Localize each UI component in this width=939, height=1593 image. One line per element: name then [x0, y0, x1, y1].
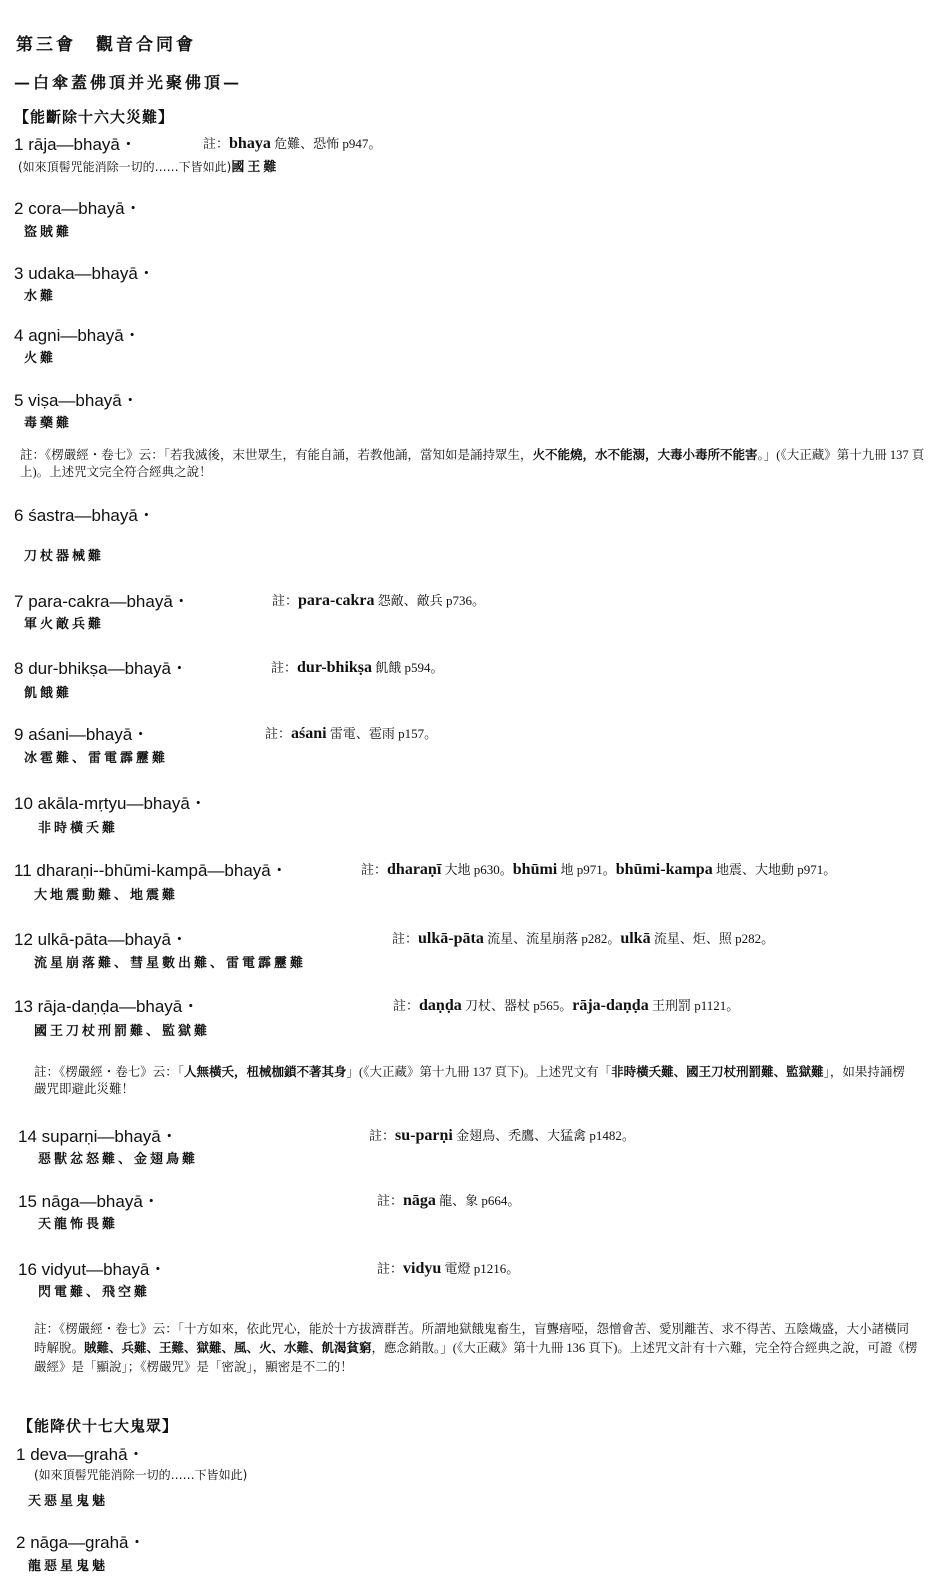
item-12-sanskrit: 12 ulkā-pāta—bhayā・ [14, 925, 188, 950]
item-16-note: 註：vidyu 電燈 p1216。 [377, 1258, 519, 1278]
item-10-sanskrit: 10 akāla-mṛtyu—bhayā・ [14, 789, 207, 814]
item-1-chinese-line: (如來頂髻咒能消除一切的……下皆如此)國王難 [18, 156, 279, 175]
item-9-sanskrit: 9 aśani—bhayā・ [14, 720, 149, 745]
item-4-sanskrit: 4 agni—bhayā・ [14, 321, 141, 346]
item-15-sanskrit: 15 nāga—bhayā・ [18, 1187, 160, 1212]
item-6-sanskrit: 6 śastra—bhayā・ [14, 501, 155, 526]
ghost-item-1-chinese: 天惡星鬼魅 [28, 1490, 108, 1509]
item-8-note: 註：dur-bhikṣa 飢餓 p594。 [271, 657, 444, 677]
item-9-note: 註：aśani 雷電、雹雨 p157。 [265, 723, 437, 743]
page-subtitle: —白傘蓋佛頂并光聚佛頂— [14, 70, 242, 93]
item-9-chinese: 冰雹難、雷電霹靂難 [24, 747, 168, 766]
section-heading-disasters: 【能斷除十六大災難】 [14, 106, 174, 127]
ghost-item-2-chinese: 龍惡星鬼魅 [28, 1555, 108, 1574]
item-4-chinese: 火難 [24, 347, 56, 366]
item-16-chinese: 閃電難、飛空難 [38, 1281, 150, 1300]
item-15-note: 註：nāga 龍、象 p664。 [377, 1190, 520, 1210]
item-2-sanskrit: 2 cora—bhayā・ [14, 194, 142, 219]
item-13-sanskrit: 13 rāja-daṇḍa—bhayā・ [14, 992, 199, 1017]
item-10-chinese: 非時橫夭難 [38, 817, 118, 836]
item-5-sanskrit: 5 viṣa—bhayā・ [14, 386, 139, 411]
item-14-chinese: 惡獸忿怒難、金翅鳥難 [38, 1148, 198, 1167]
item-6-chinese: 刀杖器械難 [24, 545, 104, 564]
item-14-sanskrit: 14 suparṇi—bhayā・ [18, 1122, 178, 1147]
item-1-note: 註：bhaya 危難、恐怖 p947。 [203, 133, 381, 153]
item-5-chinese: 毒藥難 [24, 412, 72, 431]
item-11-sanskrit: 11 dharaṇi--bhūmi-kampā—bhayā・ [14, 856, 288, 881]
page-title: 第三會 觀音合同會 [16, 30, 196, 55]
item-11-chinese: 大地震動難、地震難 [34, 884, 178, 903]
item-1-sanskrit: 1 rāja—bhayā・ [14, 130, 137, 155]
commentary-fire-water-poison: 註：《楞嚴經・卷七》云：「若我滅後，末世眾生，有能自誦，若教他誦，當知如是誦持眾… [20, 447, 925, 481]
item-7-chinese: 軍火敵兵難 [24, 613, 104, 632]
item-2-chinese: 盜賊難 [24, 221, 72, 240]
item-8-chinese: 飢餓難 [24, 682, 72, 701]
section-heading-ghosts: 【能降伏十七大鬼眾】 [18, 1415, 178, 1436]
commentary-ten-directions: 註：《楞嚴經・卷七》云：「十方如來，依此咒心，能於十方拔濟群苦。所謂地獄餓鬼畜生… [34, 1320, 919, 1377]
item-15-chinese: 天龍怖畏難 [38, 1213, 118, 1232]
item-14-note: 註：su-parṇi 金翅鳥、禿鷹、大猛禽 p1482。 [369, 1125, 635, 1145]
item-13-note: 註：daṇḍa 刀杖、器杖 p565。rāja-daṇḍa 王刑罰 p1121。 [393, 995, 739, 1015]
item-3-sanskrit: 3 udaka—bhayā・ [14, 259, 155, 284]
item-13-chinese: 國王刀杖刑罰難、監獄難 [34, 1020, 210, 1039]
item-8-sanskrit: 8 dur-bhikṣa—bhayā・ [14, 654, 188, 679]
item-7-sanskrit: 7 para-cakra—bhayā・ [14, 587, 190, 612]
item-3-chinese: 水難 [24, 285, 56, 304]
item-12-chinese: 流星崩落難、彗星數出難、雷電霹靂難 [34, 952, 306, 971]
commentary-untimely-death: 註：《楞嚴經・卷七》云：「人無橫夭，杻械枷鎖不著其身」(《大正藏》第十九冊 13… [34, 1064, 914, 1098]
ghost-item-1-sanskrit: 1 deva—grahā・ [16, 1440, 145, 1465]
item-12-note: 註：ulkā-pāta 流星、流星崩落 p282。ulkā 流星、炬、照 p28… [392, 928, 774, 948]
item-16-sanskrit: 16 vidyut—bhayā・ [18, 1255, 166, 1280]
ghost-item-2-sanskrit: 2 nāga—grahā・ [16, 1528, 146, 1553]
ghost-paren-note: (如來頂髻咒能消除一切的……下皆如此) [34, 1466, 247, 1483]
item-7-note: 註：para-cakra 怨敵、敵兵 p736。 [272, 590, 485, 610]
item-11-note: 註：dharaṇī 大地 p630。bhūmi 地 p971。bhūmi-kam… [361, 859, 836, 879]
